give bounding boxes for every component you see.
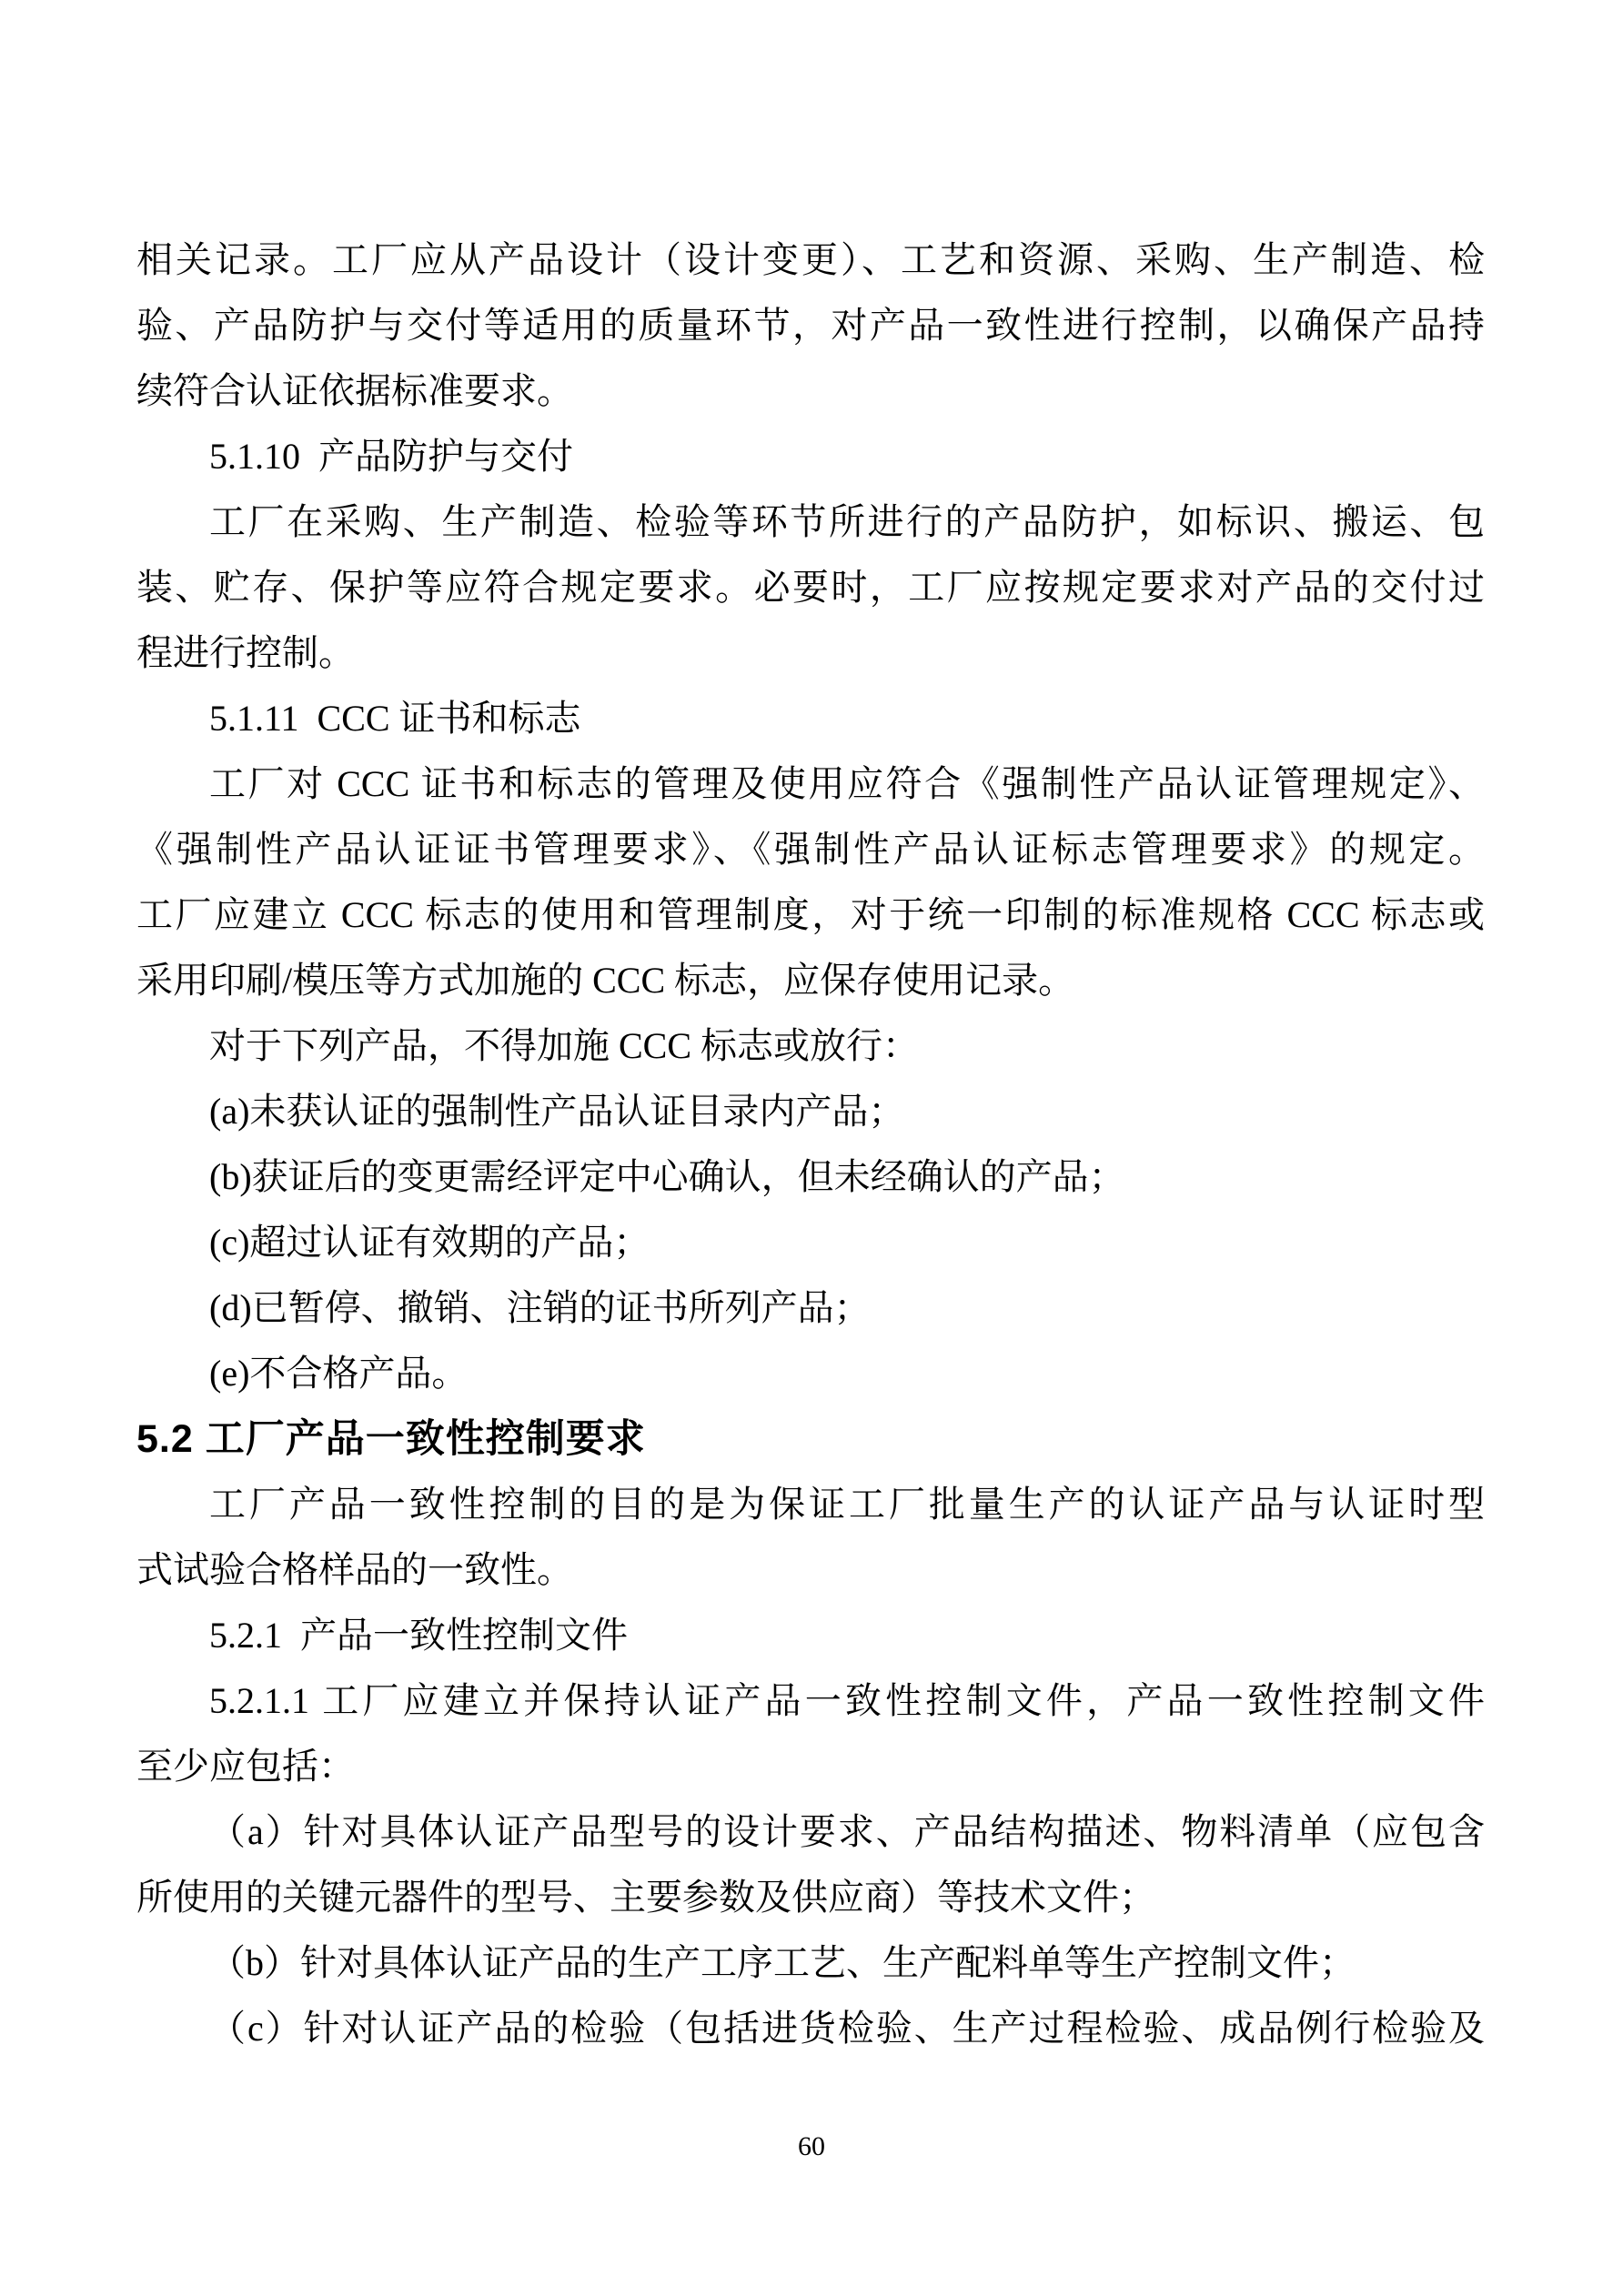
text-line: 5.2.1 产品一致性控制文件 [136,1603,1485,1668]
text-line: 5.1.10 产品防护与交付 [136,424,1485,489]
text-line: 所使用的关键元器件的型号、主要参数及供应商）等技术文件； [136,1865,1485,1930]
text-line: 《强制性产品认证证书管理要求》、《强制性产品认证标志管理要求》的规定。 [136,817,1485,882]
text-line: (d)已暂停、撤销、注销的证书所列产品； [136,1275,1485,1341]
text-line: 工厂应建立 CCC 标志的使用和管理制度，对于统一印制的标准规格 CCC 标志或 [136,882,1485,948]
text-line: 工厂产品一致性控制的目的是为保证工厂批量生产的认证产品与认证时型 [136,1472,1485,1537]
text-line: 工厂在采购、生产制造、检验等环节所进行的产品防护，如标识、搬运、包 [136,489,1485,555]
section-heading: 5.2 工厂产品一致性控制要求 [136,1406,1485,1472]
document-page: 相关记录。工厂应从产品设计（设计变更）、工艺和资源、采购、生产制造、检验、产品防… [0,0,1623,2296]
text-line: （c）针对认证产品的检验（包括进货检验、生产过程检验、成品例行检验及 [136,1996,1485,2061]
text-line: 程进行控制。 [136,620,1485,686]
text-line: （a）针对具体认证产品型号的设计要求、产品结构描述、物料清单（应包含 [136,1799,1485,1865]
text-line: 对于下列产品，不得加施 CCC 标志或放行： [136,1013,1485,1079]
text-line: 式试验合格样品的一致性。 [136,1537,1485,1603]
text-line: 采用印刷/模压等方式加施的 CCC 标志，应保存使用记录。 [136,948,1485,1013]
text-line: (a)未获认证的强制性产品认证目录内产品； [136,1079,1485,1144]
text-line: 相关记录。工厂应从产品设计（设计变更）、工艺和资源、采购、生产制造、检 [136,227,1485,293]
text-line: 工厂对 CCC 证书和标志的管理及使用应符合《强制性产品认证管理规定》、 [136,751,1485,817]
text-line: (e)不合格产品。 [136,1341,1485,1406]
text-line: (c)超过认证有效期的产品； [136,1210,1485,1275]
text-line: 验、产品防护与交付等适用的质量环节，对产品一致性进行控制，以确保产品持 [136,293,1485,358]
document-body: 相关记录。工厂应从产品设计（设计变更）、工艺和资源、采购、生产制造、检验、产品防… [136,227,1485,2061]
text-line: 至少应包括： [136,1734,1485,1799]
text-line: 续符合认证依据标准要求。 [136,358,1485,424]
text-line: 5.1.11 CCC 证书和标志 [136,686,1485,751]
text-line: (b)获证后的变更需经评定中心确认，但未经确认的产品； [136,1144,1485,1210]
text-line: （b）针对具体认证产品的生产工序工艺、生产配料单等生产控制文件； [136,1930,1485,1996]
text-line: 5.2.1.1 工厂应建立并保持认证产品一致性控制文件，产品一致性控制文件 [136,1668,1485,1734]
page-number: 60 [0,2129,1623,2165]
text-line: 装、贮存、保护等应符合规定要求。必要时，工厂应按规定要求对产品的交付过 [136,555,1485,620]
